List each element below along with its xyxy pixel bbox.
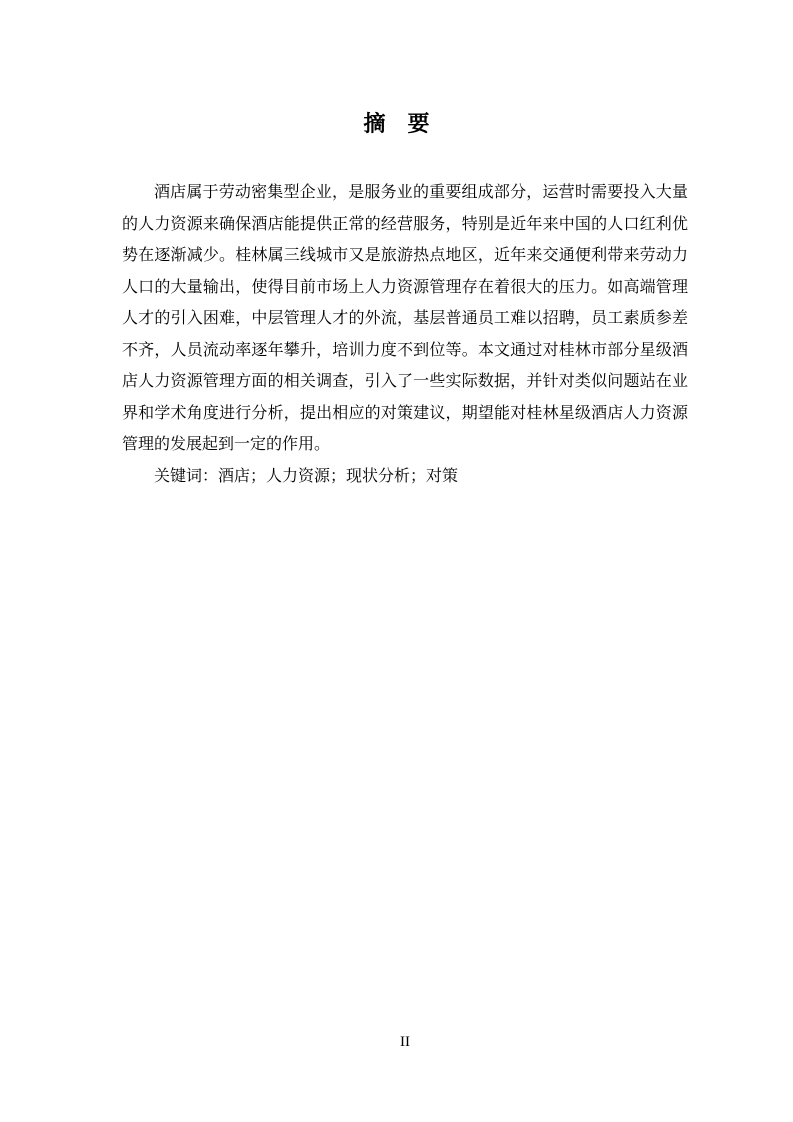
document-page: 摘 要 酒店属于劳动密集型企业，是服务业的重要组成部分，运营时需要投入大量的人力…	[0, 0, 793, 1122]
keywords-text: 酒店；人力资源；现状分析；对策	[218, 468, 458, 485]
abstract-body: 酒店属于劳动密集型企业，是服务业的重要组成部分，运营时需要投入大量的人力资源来确…	[122, 177, 688, 492]
abstract-title: 摘 要	[0, 113, 793, 135]
keywords-label: 关键词：	[154, 468, 218, 485]
abstract-paragraph: 酒店属于劳动密集型企业，是服务业的重要组成部分，运营时需要投入大量的人力资源来确…	[122, 177, 688, 461]
page-number: II	[122, 1034, 688, 1050]
keywords-line: 关键词：酒店；人力资源；现状分析；对策	[122, 461, 688, 493]
